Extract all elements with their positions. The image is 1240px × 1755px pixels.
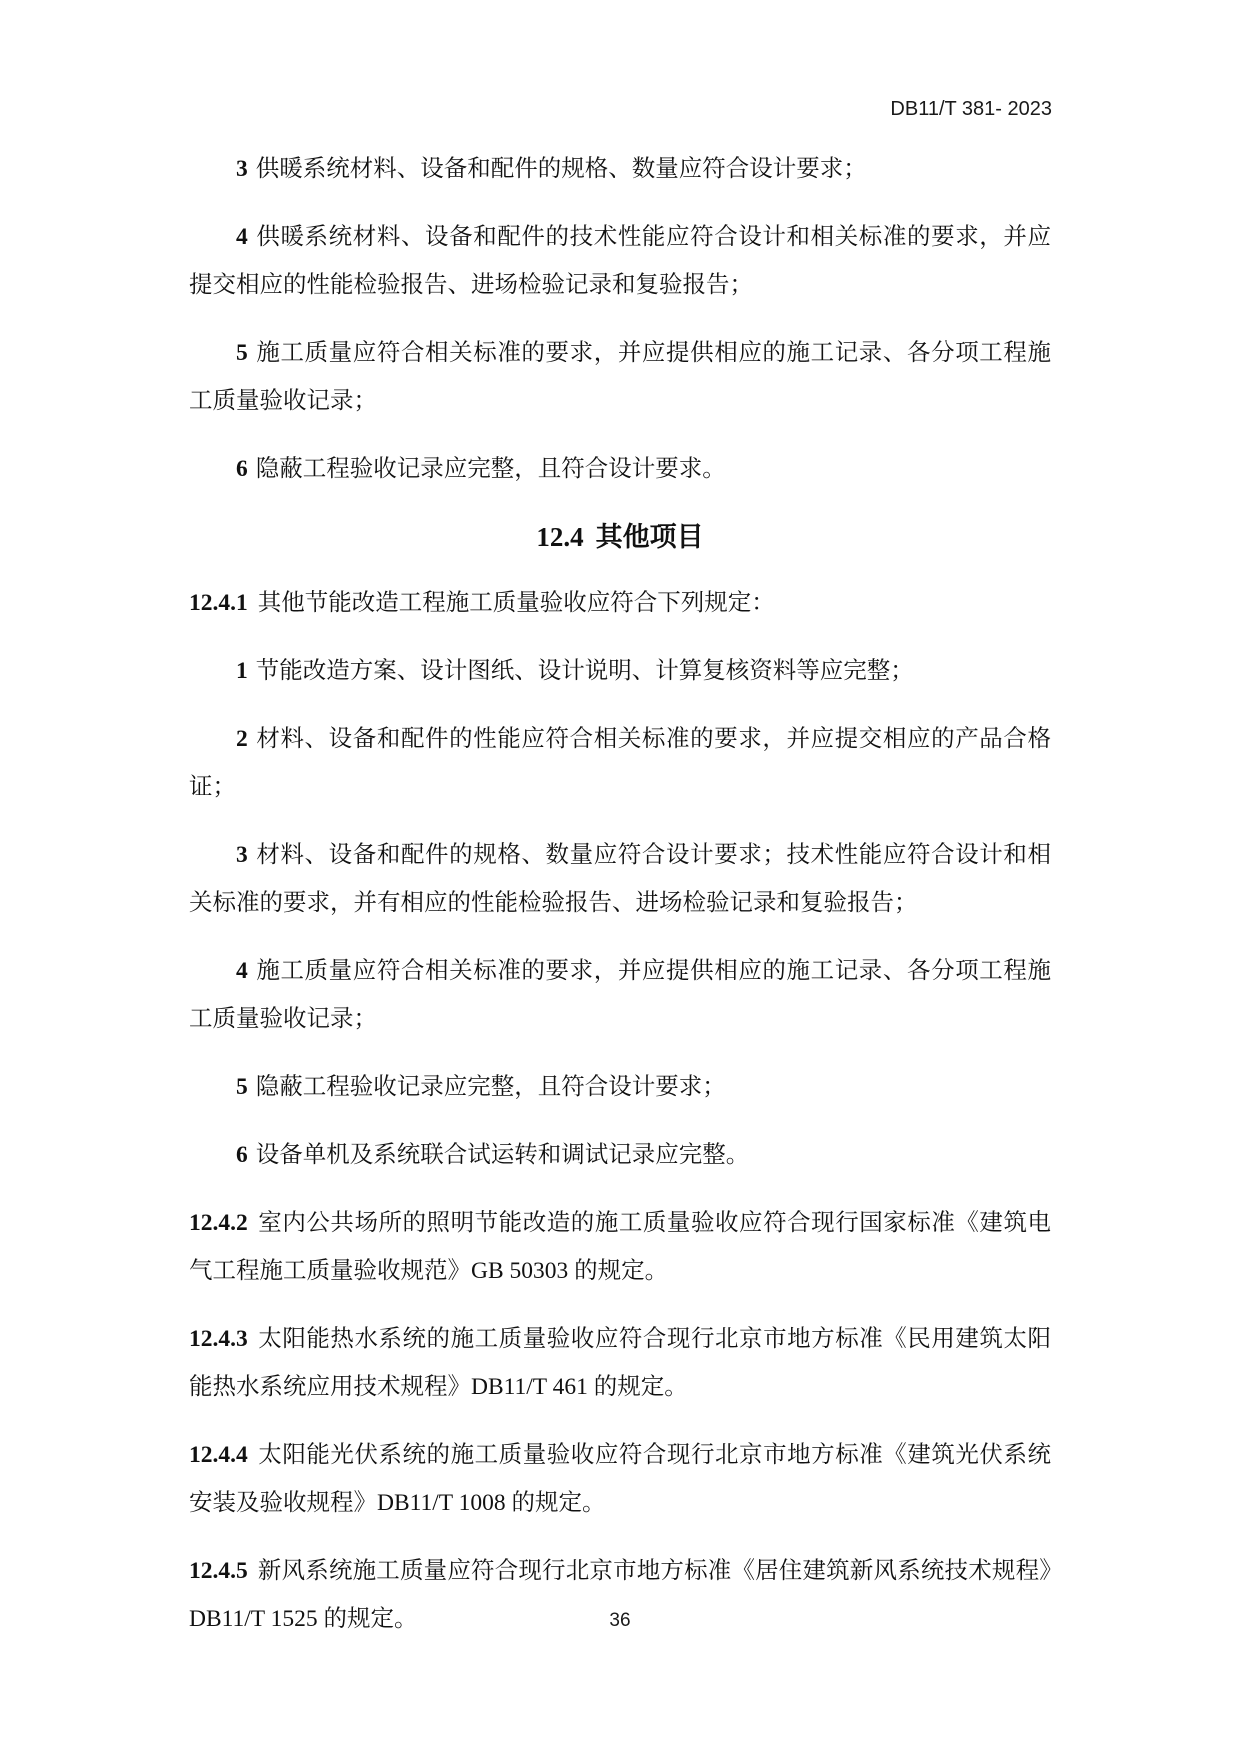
list-item: 2材料、设备和配件的性能应符合相关标准的要求，并应提交相应的产品合格证； — [189, 715, 1051, 811]
section-number: 12.4 — [536, 522, 583, 552]
item-number: 4 — [236, 958, 248, 984]
item-number: 5 — [236, 340, 248, 366]
item-text: 施工质量应符合相关标准的要求，并应提供相应的施工记录、各分项工程施工质量验收记录… — [189, 340, 1051, 414]
clause-text: 室内公共场所的照明节能改造的施工质量验收应符合现行国家标准《建筑电气工程施工质量… — [189, 1210, 1051, 1284]
standard-code-header: DB11/T 381- 2023 — [890, 98, 1052, 121]
clause-number: 12.4.2 — [189, 1210, 248, 1236]
list-item: 3供暖系统材料、设备和配件的规格、数量应符合设计要求； — [189, 145, 1051, 193]
item-text: 供暖系统材料、设备和配件的规格、数量应符合设计要求； — [256, 156, 867, 182]
document-page: DB11/T 381- 2023 3供暖系统材料、设备和配件的规格、数量应符合设… — [0, 0, 1240, 1755]
clause: 12.4.3太阳能热水系统的施工质量验收应符合现行北京市地方标准《民用建筑太阳能… — [189, 1315, 1051, 1411]
clause: 12.4.4太阳能光伏系统的施工质量验收应符合现行北京市地方标准《建筑光伏系统安… — [189, 1431, 1051, 1527]
list-item: 6设备单机及系统联合试运转和调试记录应完整。 — [189, 1131, 1051, 1179]
clause: 12.4.1其他节能改造工程施工质量验收应符合下列规定： — [189, 579, 1051, 627]
page-content: 3供暖系统材料、设备和配件的规格、数量应符合设计要求； 4供暖系统材料、设备和配… — [189, 145, 1051, 1663]
page-number: 36 — [0, 1610, 1240, 1632]
item-number: 3 — [236, 842, 248, 868]
item-text: 施工质量应符合相关标准的要求，并应提供相应的施工记录、各分项工程施工质量验收记录… — [189, 958, 1051, 1032]
item-number: 6 — [236, 1142, 248, 1168]
item-number: 6 — [236, 456, 248, 482]
clause-number: 12.4.3 — [189, 1326, 248, 1352]
list-item: 4施工质量应符合相关标准的要求，并应提供相应的施工记录、各分项工程施工质量验收记… — [189, 947, 1051, 1043]
item-text: 材料、设备和配件的规格、数量应符合设计要求；技术性能应符合设计和相关标准的要求，… — [189, 842, 1051, 916]
item-text: 设备单机及系统联合试运转和调试记录应完整。 — [256, 1142, 750, 1168]
item-text: 隐蔽工程验收记录应完整，且符合设计要求； — [256, 1074, 726, 1100]
clause-text: 太阳能光伏系统的施工质量验收应符合现行北京市地方标准《建筑光伏系统安装及验收规程… — [189, 1442, 1051, 1516]
list-item: 4供暖系统材料、设备和配件的技术性能应符合设计和相关标准的要求，并应提交相应的性… — [189, 213, 1051, 309]
clause-text: 其他节能改造工程施工质量验收应符合下列规定： — [258, 590, 775, 616]
list-item: 3材料、设备和配件的规格、数量应符合设计要求；技术性能应符合设计和相关标准的要求… — [189, 831, 1051, 927]
item-number: 3 — [236, 156, 248, 182]
item-number: 2 — [236, 726, 248, 752]
item-text: 供暖系统材料、设备和配件的技术性能应符合设计和相关标准的要求，并应提交相应的性能… — [189, 224, 1051, 298]
item-text: 材料、设备和配件的性能应符合相关标准的要求，并应提交相应的产品合格证； — [189, 726, 1051, 800]
item-number: 1 — [236, 658, 248, 684]
clause-number: 12.4.4 — [189, 1442, 248, 1468]
item-number: 4 — [236, 224, 248, 250]
section-title: 12.4其他项目 — [189, 513, 1051, 561]
section-title-text: 其他项目 — [596, 522, 704, 552]
clause-text: 太阳能热水系统的施工质量验收应符合现行北京市地方标准《民用建筑太阳能热水系统应用… — [189, 1326, 1051, 1400]
item-text: 隐蔽工程验收记录应完整，且符合设计要求。 — [256, 456, 726, 482]
clause: 12.4.2室内公共场所的照明节能改造的施工质量验收应符合现行国家标准《建筑电气… — [189, 1199, 1051, 1295]
list-item: 6隐蔽工程验收记录应完整，且符合设计要求。 — [189, 445, 1051, 493]
clause-number: 12.4.1 — [189, 590, 248, 616]
list-item: 5施工质量应符合相关标准的要求，并应提供相应的施工记录、各分项工程施工质量验收记… — [189, 329, 1051, 425]
clause-number: 12.4.5 — [189, 1558, 248, 1584]
list-item: 1节能改造方案、设计图纸、设计说明、计算复核资料等应完整； — [189, 647, 1051, 695]
item-text: 节能改造方案、设计图纸、设计说明、计算复核资料等应完整； — [256, 658, 914, 684]
list-item: 5隐蔽工程验收记录应完整，且符合设计要求； — [189, 1063, 1051, 1111]
item-number: 5 — [236, 1074, 248, 1100]
